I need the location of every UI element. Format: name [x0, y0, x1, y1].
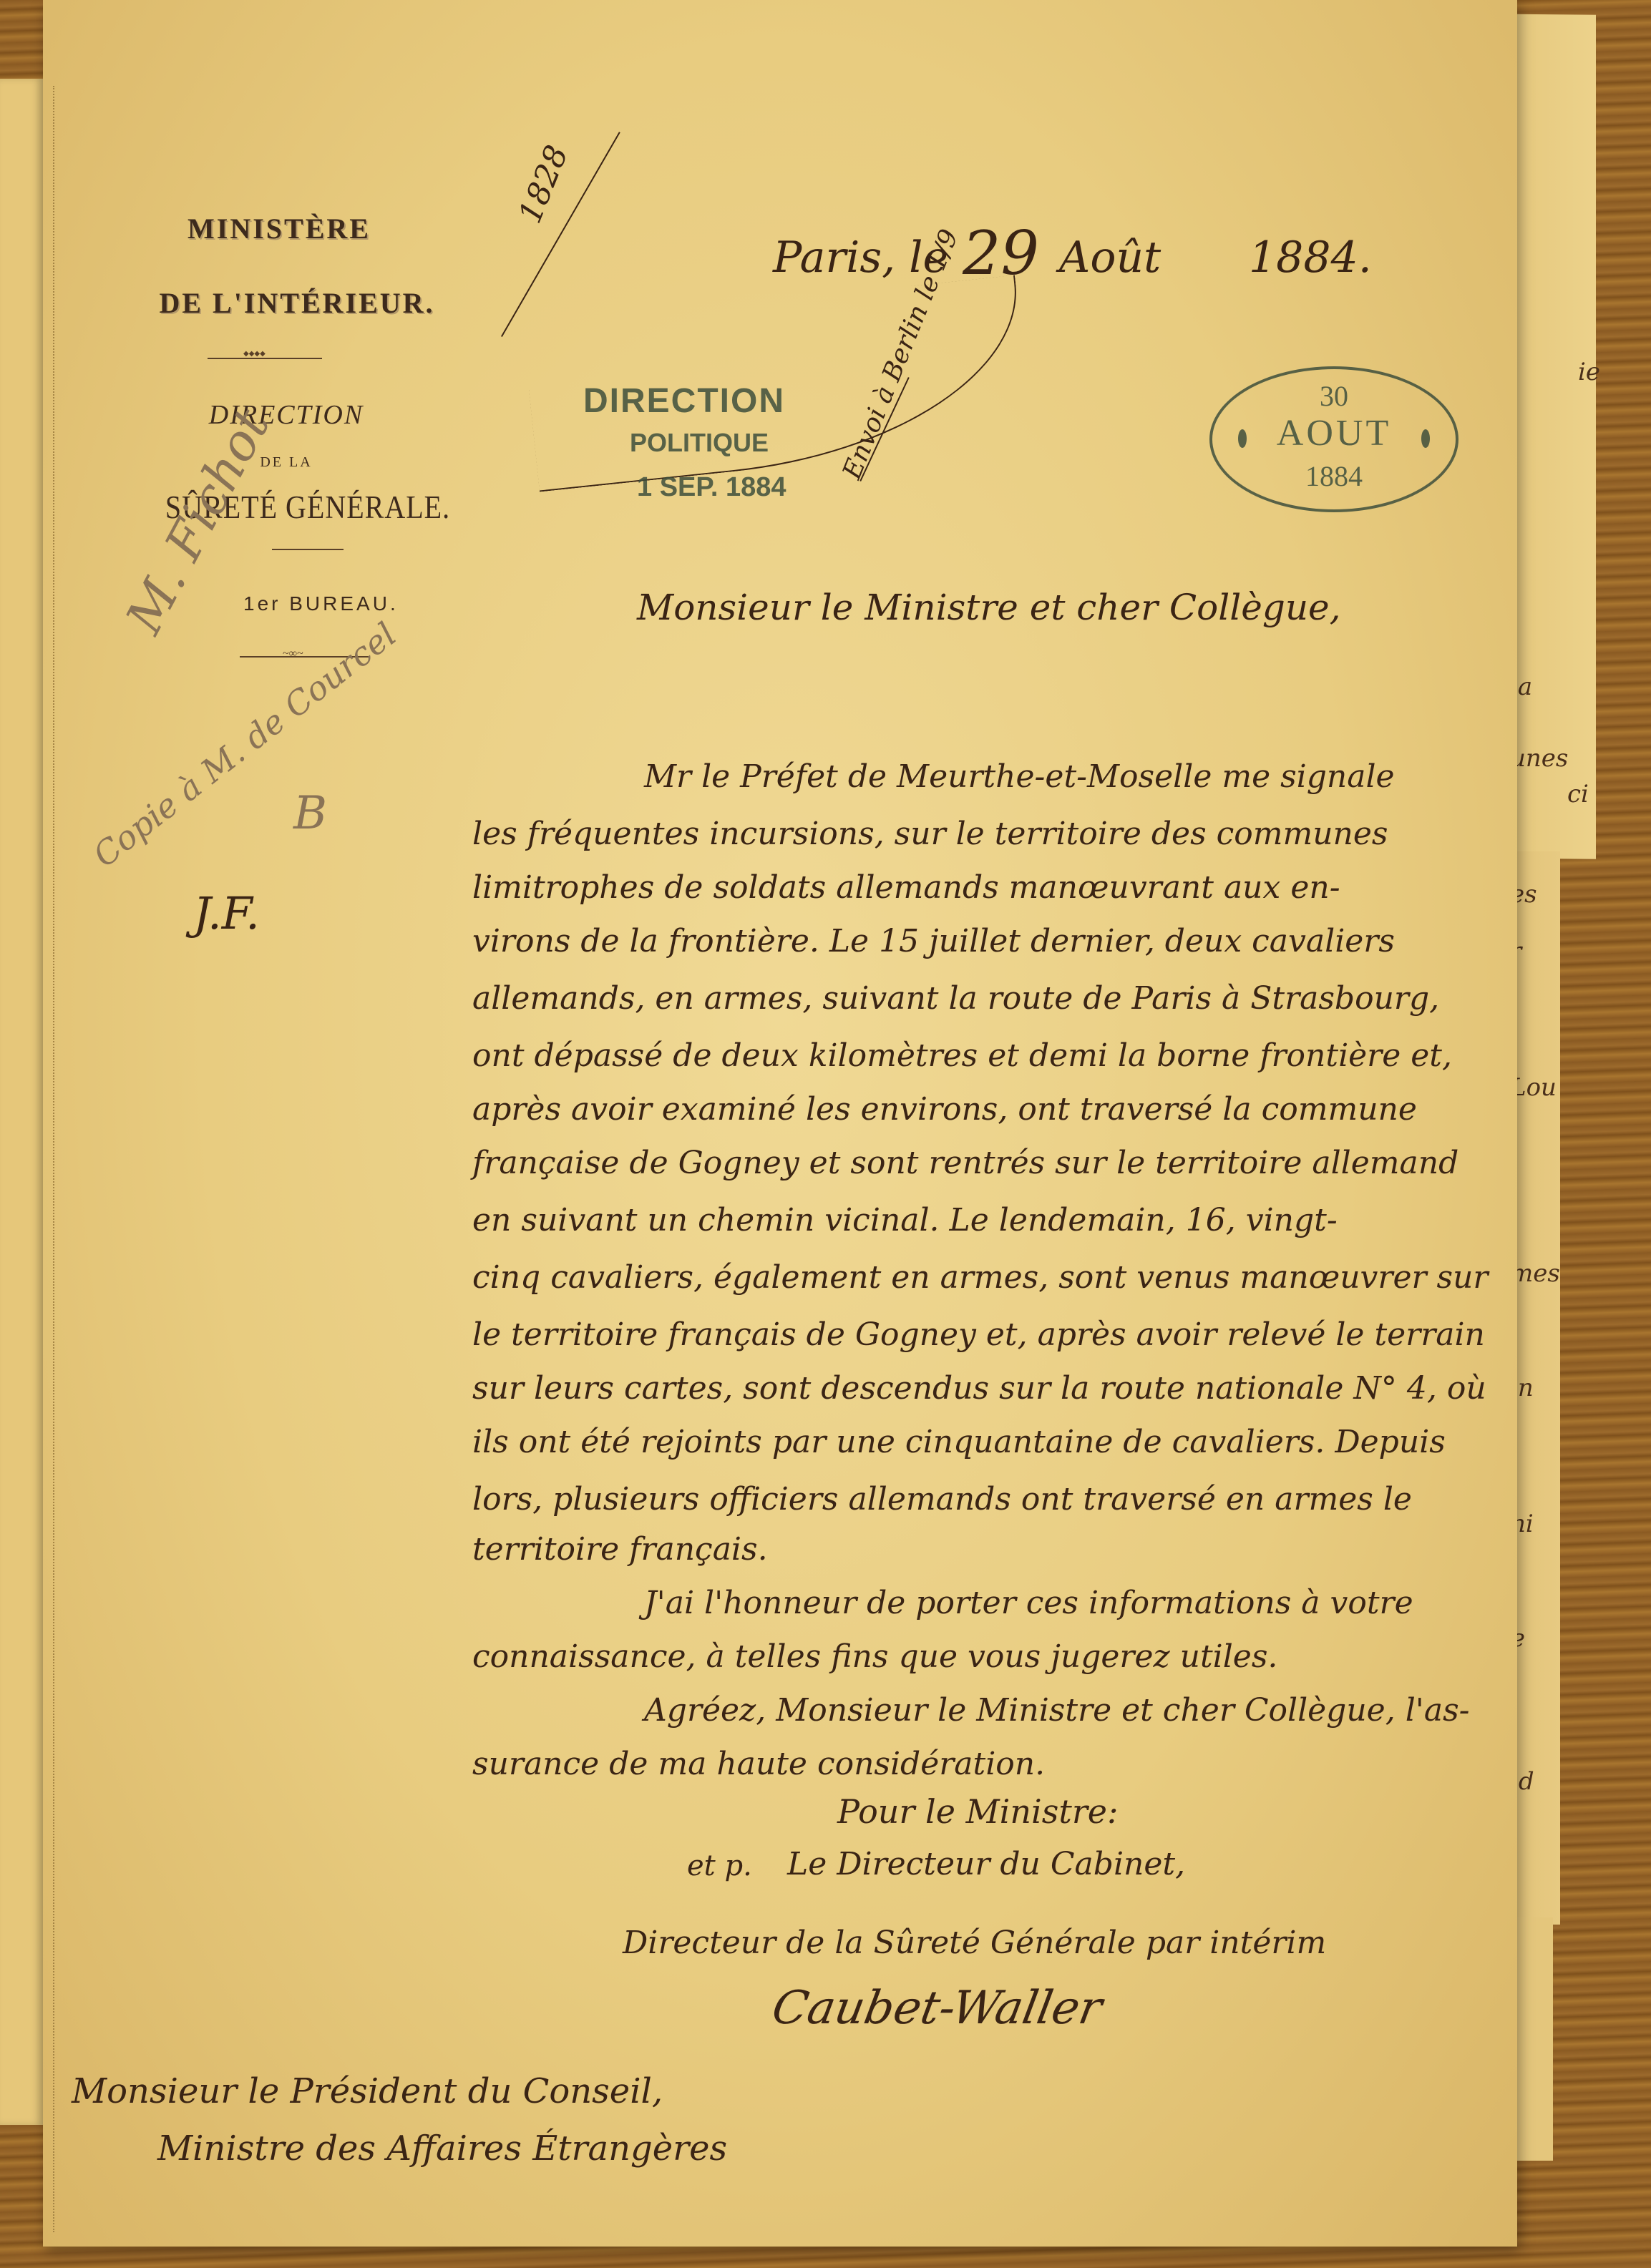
body-line: connaissance, à telles fins que vous jug… — [472, 1638, 1277, 1675]
body-line: allemands, en armes, suivant la route de… — [472, 980, 1439, 1017]
ornament-divider — [272, 549, 344, 550]
edge-fragment: ci — [1567, 780, 1589, 808]
body-line: les fréquentes incursions, sur le territ… — [472, 816, 1388, 852]
signature-pour: Pour le Ministre: — [837, 1792, 1119, 1831]
addressee-line: Ministre des Affaires Étrangères — [157, 2128, 727, 2169]
signature-director-surete: Directeur de la Sûreté Générale par inté… — [623, 1925, 1326, 1961]
signature-prefix: et p. — [687, 1849, 752, 1882]
received-stamp-year: 1884 — [1212, 459, 1456, 493]
letterhead-interior: DE L'INTÉRIEUR. — [107, 286, 487, 320]
body-line: lors, plusieurs officiers allemands ont … — [472, 1481, 1412, 1517]
edge-fragment: ie — [1578, 358, 1600, 386]
body-line: française de Gogney et sont rentrés sur … — [472, 1145, 1458, 1181]
stamp-direction: DIRECTION — [583, 381, 785, 421]
letterhead-bureau: 1er BUREAU. — [243, 592, 415, 615]
body-line: ils ont été rejoints par une cinquantain… — [472, 1424, 1446, 1460]
body-line: ont dépassé de deux kilomètres et demi l… — [472, 1037, 1452, 1074]
body-line: territoire français. — [472, 1531, 768, 1568]
margin-letter: B — [293, 787, 327, 840]
body-line: limitrophes de soldats allemands manœuvr… — [472, 869, 1340, 906]
salutation: Monsieur le Ministre et cher Collègue, — [637, 587, 1341, 628]
stamp-politique: POLITIQUE — [630, 428, 769, 458]
addressee-line: Monsieur le Président du Conseil, — [72, 2071, 663, 2111]
body-line: le territoire français de Gogney et, apr… — [472, 1316, 1485, 1353]
closing-line: surance de ma haute considération. — [472, 1746, 1045, 1782]
ornament-divider — [208, 358, 322, 359]
letterhead-direction: DIRECTION — [172, 399, 401, 431]
date-year: 1884. — [1249, 233, 1372, 283]
edge-fragment: unes — [1510, 744, 1568, 773]
stamp-date: 1 SEP. 1884 — [637, 472, 786, 503]
underlying-sheet-left — [0, 79, 43, 2125]
body-line: en suivant un chemin vicinal. Le lendema… — [472, 1202, 1338, 1238]
body-line: virons de la frontière. Le 15 juillet de… — [472, 923, 1395, 959]
stamp-ornament-icon — [1421, 429, 1430, 448]
body-line: sur leurs cartes, sont descendus sur la … — [472, 1370, 1486, 1407]
edge-fragment: mes — [1510, 1259, 1560, 1288]
body-line: cinq cavaliers, également en armes, sont… — [472, 1259, 1488, 1296]
closing-line: Agréez, Monsieur le Ministre et cher Col… — [644, 1692, 1470, 1729]
received-stamp-month: AOUT — [1212, 412, 1456, 454]
signature: Caubet-Waller — [768, 1982, 1106, 2035]
body-line: Mr le Préfet de Meurthe-et-Moselle me si… — [644, 758, 1395, 795]
body-line: après avoir examiné les environs, ont tr… — [472, 1091, 1417, 1128]
signature-director-cabinet: Le Directeur du Cabinet, — [787, 1846, 1185, 1882]
fold-line — [53, 86, 54, 2232]
margin-initials: J.F. — [193, 887, 260, 939]
received-stamp: 30 AOUT 1884 — [1209, 366, 1458, 512]
date-month: Août — [1059, 233, 1161, 283]
letterhead-ministry: MINISTÈRE — [143, 212, 415, 245]
received-stamp-day: 30 — [1212, 379, 1456, 413]
body-line: J'ai l'honneur de porter ces information… — [644, 1585, 1413, 1621]
